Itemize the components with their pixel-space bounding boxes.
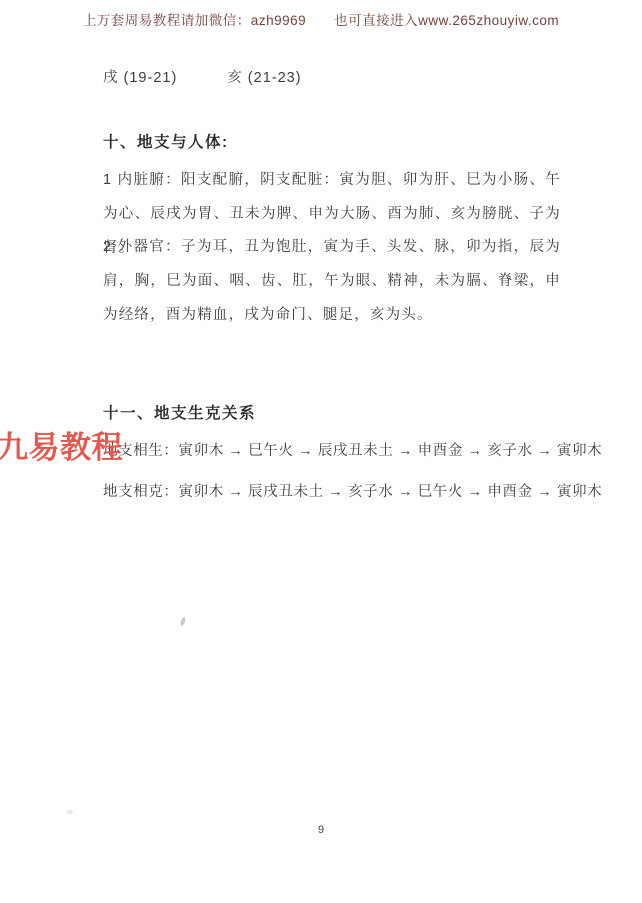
section-title-earthly-branches-body: 十、地支与人体: [103,130,229,152]
hour-xu-label: 戌 (19-21) [103,70,177,86]
hours-line: 戌 (19-21)亥 (21-23) [103,66,302,87]
scanned-document-page: 上万套周易教程请加微信：azh9969 也可直接进入www.265zhouyiw… [0,0,642,903]
section-title-branch-relations: 十一、地支生克关系 [103,401,256,423]
hour-hai-label: 亥 (21-23) [227,70,301,86]
line-overcoming-cycle: 地支相克：寅卯木 → 辰戌丑未土 → 亥子水 → 巳午火 → 申酉金 → 寅卯木 [103,480,602,501]
line-generating-cycle: 地支相生：寅卯木 → 巳午火 → 辰戌丑未土 → 申酉金 → 亥子水 → 寅卯木 [103,439,602,460]
scan-artifact [180,617,187,627]
paragraph-external-organs: 2 外器官：子为耳，丑为饱肚，寅为手、头发、脉，卯为指，辰为肩，胸，巳为面、咽、… [103,230,561,332]
watermark-jiuyi-jiaocheng: 九易教程 [0,428,123,468]
page-number: 9 [0,824,642,836]
header-promo-text: 上万套周易教程请加微信：azh9969 也可直接进入www.265zhouyiw… [0,9,642,29]
scan-artifact [66,810,73,814]
